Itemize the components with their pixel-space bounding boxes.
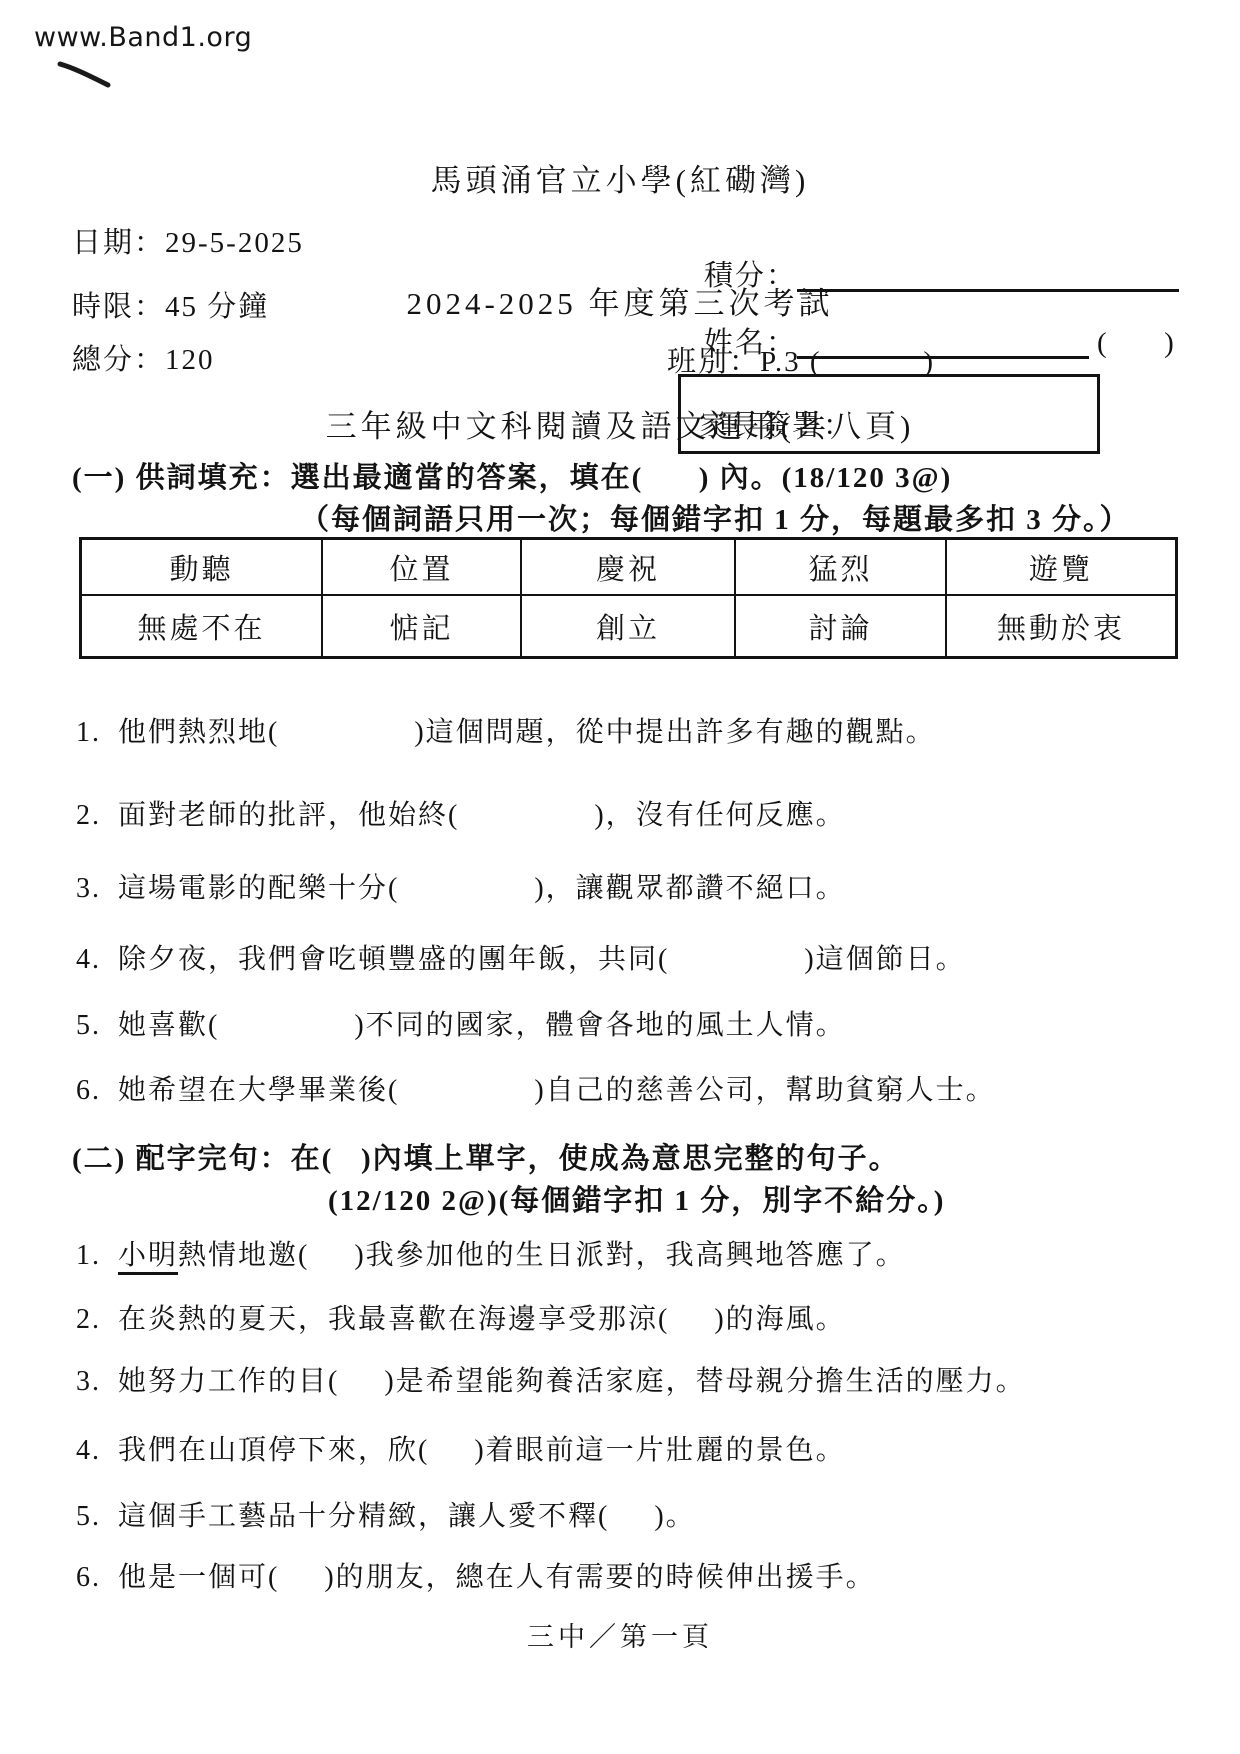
question-number: 1. xyxy=(76,1240,118,1272)
word-bank-cell: 討論 xyxy=(734,594,945,656)
word-bank-cell: 位置 xyxy=(321,540,520,594)
question-number: 6. xyxy=(76,1075,118,1107)
question-text: 他是一個可( )的朋友，總在人有需要的時候伸出援手。 xyxy=(118,1562,876,1593)
question-text: 熱情地邀( )我參加他的生日派對，我高興地答應了。 xyxy=(178,1240,906,1271)
question-text: 她希望在大學畢業後( )自己的慈善公司，幫助貧窮人士。 xyxy=(118,1075,996,1106)
question-text: 我們在山頂停下來，欣( )着眼前這一片壯麗的景色。 xyxy=(118,1435,846,1466)
question-number: 5. xyxy=(76,1010,118,1042)
question-number: 1. xyxy=(76,717,118,749)
date-field: 日期：29-5-2025 xyxy=(72,220,304,261)
parent-signature-box: 家長簽署： xyxy=(678,374,1100,454)
question-number: 6. xyxy=(76,1562,118,1594)
parent-signature-label: 家長簽署： xyxy=(699,403,854,444)
section2-question-4: 4.我們在山頂停下來，欣( )着眼前這一片壯麗的景色。 xyxy=(76,1428,846,1468)
underlined-word: 小明 xyxy=(118,1240,178,1275)
question-text: 她喜歡( )不同的國家，體會各地的風土人情。 xyxy=(118,1010,846,1041)
section1-question-2: 2.面對老師的批評，他始終( )，沒有任何反應。 xyxy=(76,793,846,833)
word-bank-table: 動聽 位置 慶祝 猛烈 遊覽 無處不在 惦記 創立 討論 無動於衷 xyxy=(79,537,1178,659)
school-name: 馬頭涌官立小學(紅磡灣) xyxy=(0,160,1240,201)
question-number: 4. xyxy=(76,1435,118,1467)
question-number: 2. xyxy=(76,800,118,832)
section1-question-6: 6.她希望在大學畢業後( )自己的慈善公司，幫助貧窮人士。 xyxy=(76,1068,996,1108)
question-text: 面對老師的批評，他始終( )，沒有任何反應。 xyxy=(118,800,846,831)
section1-note: （每個詞語只用一次；每個錯字扣 1 分，每題最多扣 3 分。） xyxy=(300,497,1131,538)
question-text: 她努力工作的目( )是希望能夠養活家庭，替母親分擔生活的壓力。 xyxy=(118,1366,1026,1397)
word-bank-cell: 無處不在 xyxy=(82,594,321,656)
question-number: 4. xyxy=(76,944,118,976)
word-bank-cell: 惦記 xyxy=(321,594,520,656)
section2-question-1: 1.小明熱情地邀( )我參加他的生日派對，我高興地答應了。 xyxy=(76,1233,906,1273)
word-bank-cell: 動聽 xyxy=(82,540,321,594)
section2-note: (12/120 2@)(每個錯字扣 1 分，別字不給分。) xyxy=(328,1178,945,1219)
question-number: 5. xyxy=(76,1501,118,1533)
word-bank-cell: 創立 xyxy=(520,594,734,656)
section1-question-1: 1.他們熱烈地( )這個問題，從中提出許多有趣的觀點。 xyxy=(76,710,936,750)
section1-question-5: 5.她喜歡( )不同的國家，體會各地的風土人情。 xyxy=(76,1003,846,1043)
total-marks-field: 總分：120 xyxy=(72,337,215,378)
question-text: 這個手工藝品十分精緻，讓人愛不釋( )。 xyxy=(118,1501,696,1532)
question-text: 在炎熱的夏天，我最喜歡在海邊享受那涼( )的海風。 xyxy=(118,1304,846,1335)
question-number: 2. xyxy=(76,1304,118,1336)
section1-question-3: 3.這場電影的配樂十分( )，讓觀眾都讚不絕口。 xyxy=(76,866,846,906)
section1-heading: (一) 供詞填充：選出最適當的答案，填在( ) 內。(18/120 3@) xyxy=(72,455,952,496)
section2-heading: (二) 配字完句：在( )內填上單字，使成為意思完整的句子。 xyxy=(72,1136,900,1177)
section2-question-6: 6.他是一個可( )的朋友，總在人有需要的時候伸出援手。 xyxy=(76,1555,876,1595)
word-bank-cell: 慶祝 xyxy=(520,540,734,594)
time-limit-field: 時限：45 分鐘 xyxy=(72,284,269,325)
section1-question-4: 4.除夕夜，我們會吃頓豐盛的團年飯，共同( )這個節日。 xyxy=(76,937,966,977)
word-bank-cell: 猛烈 xyxy=(734,540,945,594)
question-number: 3. xyxy=(76,873,118,905)
question-text: 這場電影的配樂十分( )，讓觀眾都讚不絕口。 xyxy=(118,873,846,904)
word-bank-cell: 無動於衷 xyxy=(945,594,1175,656)
exam-paper-page: www.Band1.org 馬頭涌官立小學(紅磡灣) 2024-2025 年度第… xyxy=(0,0,1240,1754)
word-bank-cell: 遊覽 xyxy=(945,540,1175,594)
section2-question-5: 5.這個手工藝品十分精緻，讓人愛不釋( )。 xyxy=(76,1494,696,1534)
question-text: 除夕夜，我們會吃頓豐盛的團年飯，共同( )這個節日。 xyxy=(118,944,966,975)
page-footer: 三中／第一頁 xyxy=(0,1615,1240,1654)
section2-question-3: 3.她努力工作的目( )是希望能夠養活家庭，替母親分擔生活的壓力。 xyxy=(76,1359,1026,1399)
watermark-text: www.Band1.org xyxy=(34,22,252,53)
section2-question-2: 2.在炎熱的夏天，我最喜歡在海邊享受那涼( )的海風。 xyxy=(76,1297,846,1337)
class-number-parens: ( ) xyxy=(1097,327,1176,359)
question-number: 3. xyxy=(76,1366,118,1398)
question-text: 他們熱烈地( )這個問題，從中提出許多有趣的觀點。 xyxy=(118,717,936,748)
